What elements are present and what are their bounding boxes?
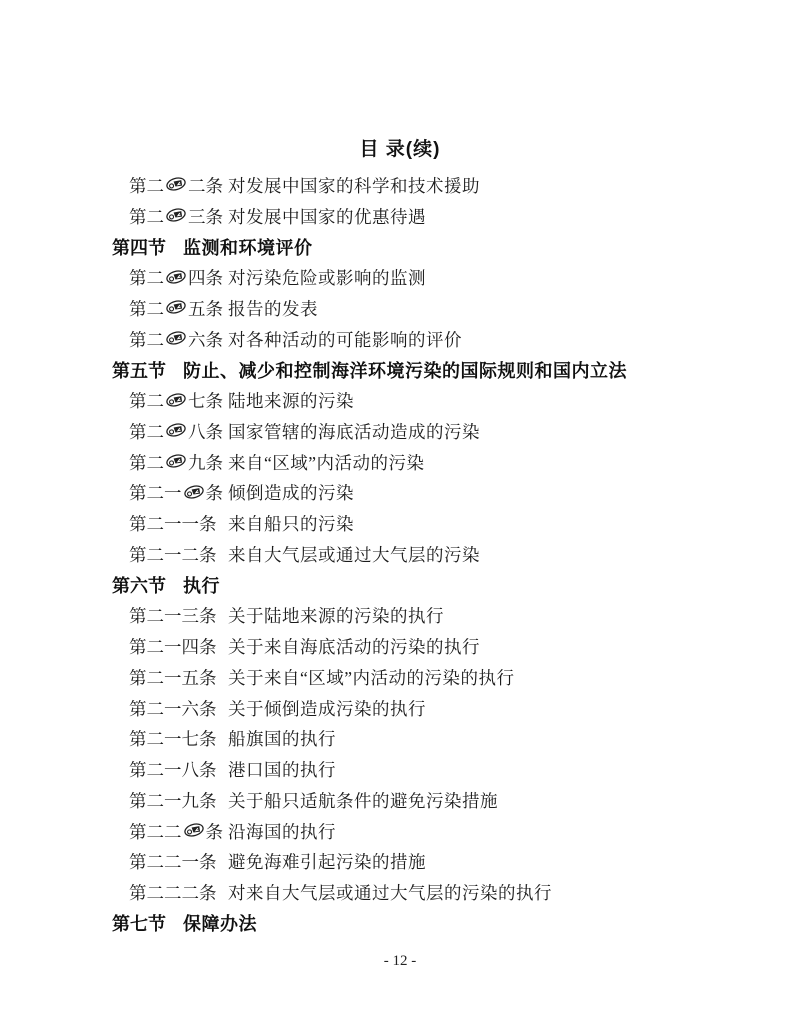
article-number: 第二一三条 (129, 603, 228, 628)
article-number: 第二一 条 (129, 480, 228, 505)
article-number: 第二一八条 (129, 757, 228, 782)
article-title: 关于来自海底活动的污染的执行 (228, 634, 480, 659)
article-title: 对发展中国家的优惠待遇 (228, 204, 426, 229)
article-title: 关于来自“区域”内活动的污染的执行 (228, 665, 515, 690)
toc-article-row: 第二二二条对来自大气层或通过大气层的污染的执行 (0, 877, 800, 908)
article-title: 港口国的执行 (228, 757, 336, 782)
article-number: 第二 四条 (129, 265, 228, 290)
article-number: 第二 八条 (129, 419, 228, 444)
article-title: 关于船只适航条件的避免污染措施 (228, 788, 498, 813)
toc-article-row: 第二 九条来自“区域”内活动的污染 (0, 447, 800, 478)
section-title: 执行 (183, 572, 220, 598)
toc-article-row: 第二一六条关于倾倒造成污染的执行 (0, 693, 800, 724)
zero-glyph-icon (165, 453, 187, 469)
article-number: 第二 二条 (129, 173, 228, 198)
article-title: 陆地来源的污染 (228, 388, 354, 413)
article-number: 第二一九条 (129, 788, 228, 813)
zero-glyph-icon (165, 330, 187, 346)
toc-article-row: 第二一 条倾倒造成的污染 (0, 478, 800, 509)
zero-glyph-icon (165, 422, 187, 438)
article-number: 第二 七条 (129, 388, 228, 413)
toc-article-row: 第二一七条船旗国的执行 (0, 724, 800, 755)
toc-section-row: 第五节防止、减少和控制海洋环境污染的国际规则和国内立法 (0, 355, 800, 386)
article-title: 沿海国的执行 (228, 819, 336, 844)
toc-section-row: 第四节监测和环境评价 (0, 232, 800, 263)
article-title: 对各种活动的可能影响的评价 (228, 327, 462, 352)
zero-glyph-icon (165, 269, 187, 285)
page-title: 目 录(续) (0, 134, 800, 161)
article-title: 关于倾倒造成污染的执行 (228, 696, 426, 721)
article-number: 第二一五条 (129, 665, 228, 690)
toc-article-row: 第二二一条避免海难引起污染的措施 (0, 847, 800, 878)
article-number: 第二 五条 (129, 296, 228, 321)
toc-article-row: 第二一五条关于来自“区域”内活动的污染的执行 (0, 662, 800, 693)
toc-article-row: 第二二 条沿海国的执行 (0, 816, 800, 847)
toc-article-row: 第二一二条来自大气层或通过大气层的污染 (0, 539, 800, 570)
toc-section-row: 第七节保障办法 (0, 908, 800, 939)
article-number: 第二二二条 (129, 880, 228, 905)
section-title: 保障办法 (183, 910, 257, 936)
article-number: 第二二 条 (129, 819, 228, 844)
section-number: 第七节 (112, 910, 183, 936)
toc-article-row: 第二 五条报告的发表 (0, 293, 800, 324)
toc-article-row: 第二一八条港口国的执行 (0, 754, 800, 785)
article-number: 第二 三条 (129, 204, 228, 229)
article-title: 对污染危险或影响的监测 (228, 265, 426, 290)
article-title: 避免海难引起污染的措施 (228, 849, 426, 874)
zero-glyph-icon (183, 822, 205, 838)
toc-article-row: 第二一四条关于来自海底活动的污染的执行 (0, 631, 800, 662)
section-title: 防止、减少和控制海洋环境污染的国际规则和国内立法 (183, 357, 627, 383)
article-number: 第二一一条 (129, 511, 228, 536)
toc-article-row: 第二 二条对发展中国家的科学和技术援助 (0, 170, 800, 201)
zero-glyph-icon (165, 207, 187, 223)
zero-glyph-icon (165, 392, 187, 408)
article-title: 对发展中国家的科学和技术援助 (228, 173, 480, 198)
article-number: 第二一四条 (129, 634, 228, 659)
toc-article-row: 第二 四条对污染危险或影响的监测 (0, 262, 800, 293)
article-title: 对来自大气层或通过大气层的污染的执行 (228, 880, 552, 905)
zero-glyph-icon (183, 484, 205, 500)
article-number: 第二一七条 (129, 726, 228, 751)
zero-glyph-icon (165, 299, 187, 315)
article-title: 来自大气层或通过大气层的污染 (228, 542, 480, 567)
article-number: 第二 六条 (129, 327, 228, 352)
toc-article-row: 第二 八条国家管辖的海底活动造成的污染 (0, 416, 800, 447)
toc-article-row: 第二一一条来自船只的污染 (0, 508, 800, 539)
section-number: 第五节 (112, 357, 183, 383)
article-title: 船旗国的执行 (228, 726, 336, 751)
toc-list: 第二 二条对发展中国家的科学和技术援助第二 三条对发展中国家的优惠待遇第四节监测… (0, 170, 800, 939)
toc-article-row: 第二 六条对各种活动的可能影响的评价 (0, 324, 800, 355)
article-title: 来自船只的污染 (228, 511, 354, 536)
article-title: 倾倒造成的污染 (228, 480, 354, 505)
document-page: 目 录(续) 第二 二条对发展中国家的科学和技术援助第二 三条对发展中国家的优惠… (0, 0, 800, 1035)
article-title: 来自“区域”内活动的污染 (228, 450, 425, 475)
article-number: 第二一六条 (129, 696, 228, 721)
toc-section-row: 第六节执行 (0, 570, 800, 601)
article-number: 第二二一条 (129, 849, 228, 874)
toc-article-row: 第二一三条关于陆地来源的污染的执行 (0, 601, 800, 632)
section-title: 监测和环境评价 (183, 234, 313, 260)
zero-glyph-icon (165, 176, 187, 192)
section-number: 第六节 (112, 572, 183, 598)
page-number: - 12 - (0, 953, 800, 970)
article-title: 关于陆地来源的污染的执行 (228, 603, 444, 628)
toc-article-row: 第二 七条陆地来源的污染 (0, 385, 800, 416)
article-title: 国家管辖的海底活动造成的污染 (228, 419, 480, 444)
article-number: 第二 九条 (129, 450, 228, 475)
article-title: 报告的发表 (228, 296, 318, 321)
toc-article-row: 第二 三条对发展中国家的优惠待遇 (0, 201, 800, 232)
article-number: 第二一二条 (129, 542, 228, 567)
toc-article-row: 第二一九条关于船只适航条件的避免污染措施 (0, 785, 800, 816)
section-number: 第四节 (112, 234, 183, 260)
